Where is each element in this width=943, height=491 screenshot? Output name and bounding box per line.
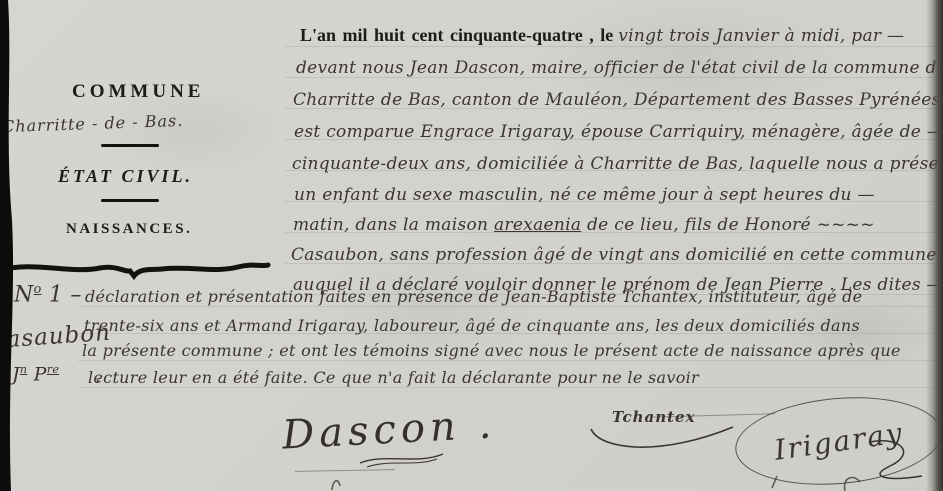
given-2-base: P [34,363,47,385]
act-line-10: déclaration et présentation faites en pr… [85,289,862,305]
etat-civil-heading: ÉTAT CIVIL. [58,167,193,185]
house-name: arexaenia [494,215,581,235]
record-number-value: 1 – [49,282,82,307]
mayor-signature-flourish [355,450,450,470]
act-line-13: lecture leur en a été faite. Ce que n'a … [88,370,699,386]
record-number-sup: o [34,282,42,297]
given-1-sup: n [20,363,27,376]
act-line-2: devant nous Jean Dascon, maire, officier… [296,60,943,77]
naissances-heading: NAISSANCES. [66,222,192,237]
wavy-divider-flourish [0,257,272,283]
act-line-1: L'an mil huit cent cinquante-quatre , le… [300,26,904,45]
act-line-11: trente-six ans et Armand Irigaray, labou… [84,318,860,334]
printed-opening: L'an mil huit cent cinquante-quatre , le [300,25,613,45]
act-line-6: un enfant du sexe masculin, né ce même j… [294,187,875,204]
act-line-12: la présente commune ; et ont les témoins… [82,343,901,359]
act-line-5: cinquante-deux ans, domiciliée à Charrit… [292,156,943,173]
signature-mayor: Dascon . [281,404,497,455]
left-scan-edge [0,0,20,491]
act-line-7-post: de ce lieu, fils de Honoré ~~~~ [581,215,874,235]
act-line-1-handwritten: vingt trois Janvier à midi, par — [618,26,904,46]
act-line-7-pre: matin, dans la maison [293,215,494,235]
record-number: No 1 – [14,284,82,306]
act-line-3: Charritte de Bas, canton de Mauléon, Dép… [293,92,943,109]
divider-rule-2 [101,199,159,202]
act-line-4: est comparue Engrace Irigaray, épouse Ca… [294,124,943,141]
given-2-sup: re [47,363,59,376]
next-entry-cutoff-strokes [300,470,900,491]
divider-rule-1 [101,144,159,147]
act-line-7: matin, dans la maison arexaenia de ce li… [293,217,875,234]
right-scan-edge [926,0,943,491]
act-line-8: Casaubon, sans profession âgé de vingt a… [291,247,943,264]
commune-name-handwritten: Charritte - de - Bas. [2,113,184,135]
witness-1-flourish [583,423,743,459]
commune-heading: COMMUNE [72,82,204,101]
register-page-scan: COMMUNE Charritte - de - Bas. ÉTAT CIVIL… [0,0,943,491]
